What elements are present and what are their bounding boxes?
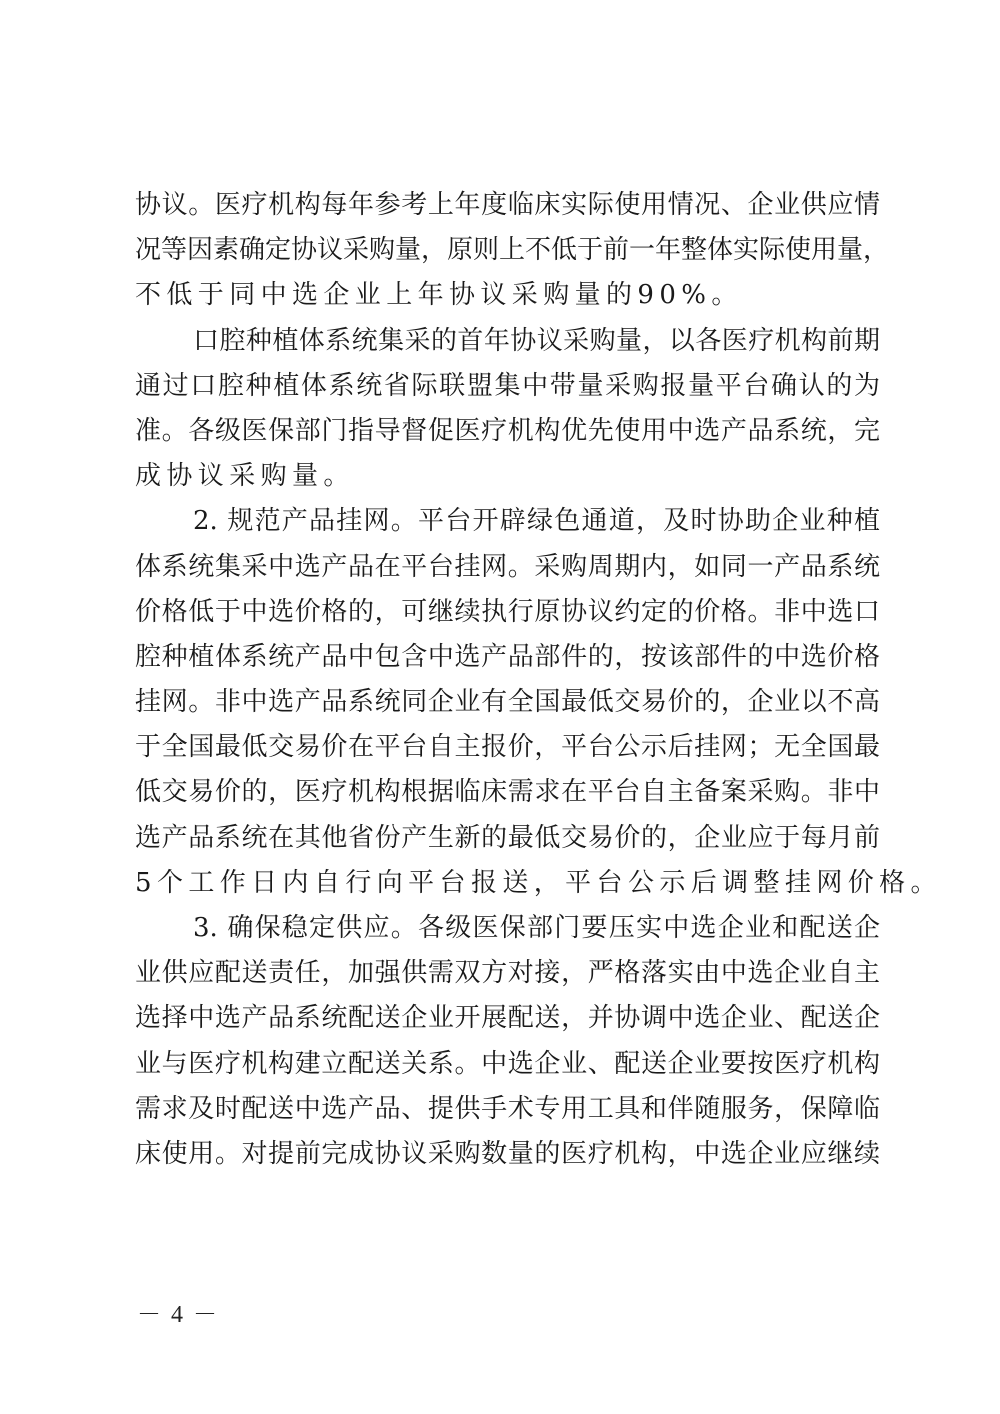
section-heading-line: 2. 规范产品挂网。平台开辟绿色通道，及时协助企业种植 <box>135 499 880 544</box>
text-line: 准。各级医保部门指导督促医疗机构优先使用中选产品系统，完 <box>135 409 880 454</box>
document-page: 协议。医疗机构每年参考上年度临床实际使用情况、企业供应情 况等因素确定协议采购量… <box>0 0 1000 1414</box>
text-line: 床使用。对提前完成协议采购数量的医疗机构，中选企业应继续 <box>135 1132 880 1177</box>
text-line: 协议。医疗机构每年参考上年度临床实际使用情况、企业供应情 <box>135 183 880 228</box>
text-line: 通过口腔种植体系统省际联盟集中带量采购报量平台确认的为 <box>135 364 880 409</box>
text-line: 不低于同中选企业上年协议采购量的90%。 <box>135 273 885 318</box>
body-text: 协议。医疗机构每年参考上年度临床实际使用情况、企业供应情 况等因素确定协议采购量… <box>135 183 885 1177</box>
text-line: 需求及时配送中选产品、提供手术专用工具和伴随服务，保障临 <box>135 1087 880 1132</box>
text-line: 况等因素确定协议采购量，原则上不低于前一年整体实际使用量， <box>135 228 880 273</box>
text-line: 口腔种植体系统集采的首年协议采购量，以各医疗机构前期 <box>135 319 880 364</box>
text-line: 价格低于中选价格的，可继续执行原协议约定的价格。非中选口 <box>135 590 880 635</box>
text-line: 低交易价的，医疗机构根据临床需求在平台自主备案采购。非中 <box>135 770 880 815</box>
page-number: － 4 － <box>137 1294 219 1329</box>
text-line: 挂网。非中选产品系统同企业有全国最低交易价的，企业以不高 <box>135 680 880 725</box>
text-line: 体系统集采中选产品在平台挂网。采购周期内，如同一产品系统 <box>135 545 880 590</box>
text-line: 于全国最低交易价在平台自主报价，平台公示后挂网；无全国最 <box>135 725 880 770</box>
text-line: 选择中选产品系统配送企业开展配送，并协调中选企业、配送企 <box>135 996 880 1041</box>
text-line: 成协议采购量。 <box>135 454 885 499</box>
text-line: 业供应配送责任，加强供需双方对接，严格落实由中选企业自主 <box>135 951 880 996</box>
text-line: 5个工作日内自行向平台报送，平台公示后调整挂网价格。 <box>135 861 885 906</box>
text-line: 业与医疗机构建立配送关系。中选企业、配送企业要按医疗机构 <box>135 1042 880 1087</box>
section-heading-line: 3. 确保稳定供应。各级医保部门要压实中选企业和配送企 <box>135 906 880 951</box>
text-line: 腔种植体系统产品中包含中选产品部件的，按该部件的中选价格 <box>135 635 880 680</box>
text-line: 选产品系统在其他省份产生新的最低交易价的，企业应于每月前 <box>135 816 880 861</box>
